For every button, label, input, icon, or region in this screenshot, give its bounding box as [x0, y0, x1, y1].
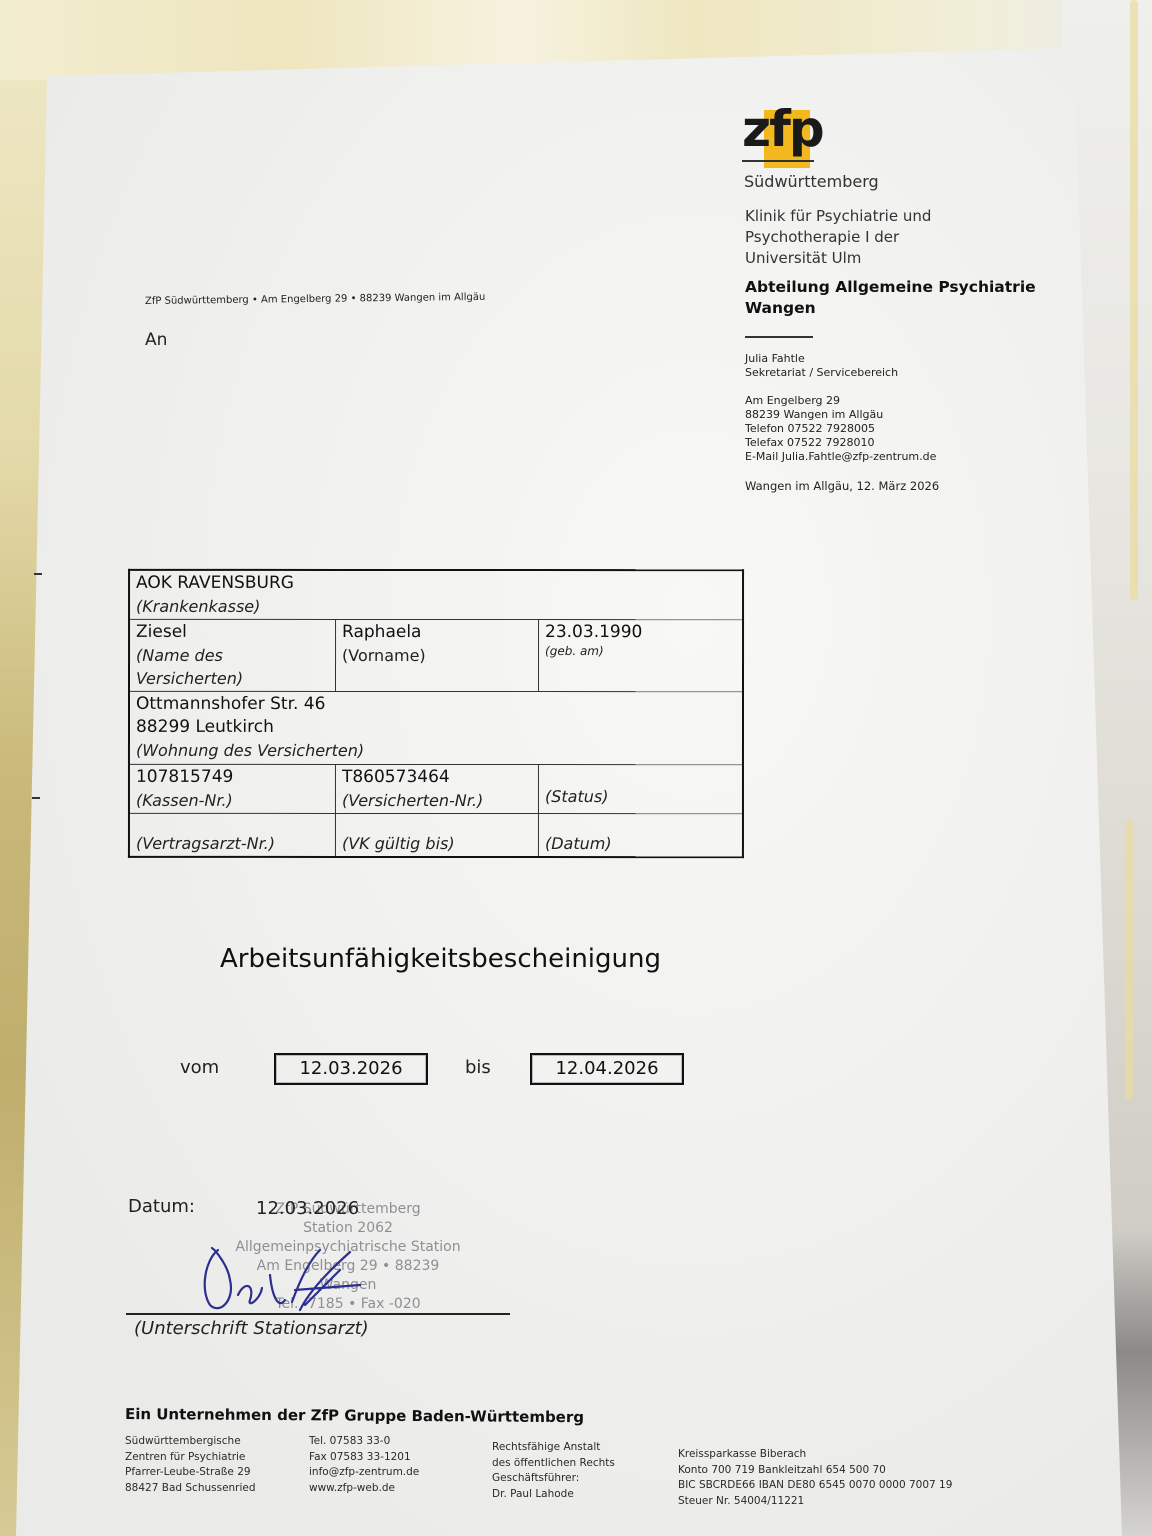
- first-name-cell: Raphaela (Vorname): [336, 619, 539, 691]
- handwritten-signature: [200, 1240, 380, 1320]
- contact-role: Sekretariat / Servicebereich: [745, 366, 936, 380]
- to-label: bis: [465, 1057, 491, 1078]
- clinic-line: Universität Ulm: [745, 248, 931, 269]
- date-label: Datum:: [128, 1196, 195, 1217]
- from-date-box: 12.03.2026: [274, 1053, 428, 1085]
- contact-phone: Telefon 07522 7928005: [745, 422, 936, 436]
- fold-mark: [32, 797, 40, 799]
- footer-line: BIC SBCRDE66 IBAN DE80 6545 0070 0000 70…: [678, 1478, 952, 1494]
- doctor-number-cell: (Vertragsarzt-Nr.): [129, 813, 336, 857]
- fold-mark: [34, 573, 42, 575]
- brand-subtitle: Südwürttemberg: [744, 172, 879, 191]
- date-label: (Datum): [545, 832, 736, 855]
- doctor-number-label: (Vertragsarzt-Nr.): [136, 832, 329, 855]
- footer-line: Rechtsfähige Anstalt: [492, 1440, 615, 1456]
- department-line: Wangen: [745, 298, 1036, 319]
- footer-line: Fax 07583 33-1201: [309, 1450, 419, 1466]
- contact-name: Julia Fahtle: [745, 352, 936, 366]
- footer-line: Konto 700 719 Bankleitzahl 654 500 70: [678, 1463, 952, 1479]
- place-date: Wangen im Allgäu, 12. März 2026: [745, 479, 939, 493]
- footer-line: www.zfp-web.de: [309, 1481, 419, 1497]
- birth-date-cell: 23.03.1990 (geb. am): [539, 620, 744, 692]
- birth-date-label: (geb. am): [545, 644, 736, 658]
- contact-city: 88239 Wangen im Allgäu: [745, 408, 936, 422]
- insured-number-value: T860573464: [342, 766, 532, 789]
- footer-line: Steuer Nr. 54004/11221: [678, 1494, 952, 1510]
- address-label: (Wohnung des Versicherten): [136, 739, 736, 762]
- footer-legal: Rechtsfähige Anstalt des öffentlichen Re…: [492, 1440, 615, 1502]
- footer-line: Zentren für Psychiatrie: [125, 1450, 256, 1466]
- footer-line: des öffentlichen Rechts: [492, 1456, 615, 1472]
- department-name: Abteilung Allgemeine Psychiatrie Wangen: [745, 277, 1036, 319]
- footer-line: info@zfp-zentrum.de: [309, 1465, 419, 1481]
- contact-block: Julia Fahtle Sekretariat / Servicebereic…: [745, 352, 936, 464]
- logo-underline: [742, 160, 814, 162]
- date-value: 12.03.2026: [256, 1198, 359, 1219]
- insurance-form: AOK RAVENSBURG (Krankenkasse) Ziesel (Na…: [128, 569, 744, 858]
- surname-value: Ziesel: [136, 621, 329, 644]
- footer-address: Südwürttembergische Zentren für Psychiat…: [125, 1434, 256, 1496]
- date-cell: (Datum): [538, 814, 743, 858]
- insurer-cell: AOK RAVENSBURG (Krankenkasse): [129, 570, 743, 620]
- surname-label: (Name des Versicherten): [136, 644, 329, 690]
- card-valid-cell: (VK gültig bis): [335, 813, 538, 857]
- footer-bank: Kreissparkasse Biberach Konto 700 719 Ba…: [678, 1447, 952, 1509]
- logo-text: zfp: [742, 100, 823, 158]
- footer-line: Tel. 07583 33-0: [309, 1434, 419, 1450]
- first-name-value: Raphaela: [342, 621, 532, 644]
- address-line1: Ottmannshofer Str. 46: [136, 693, 736, 716]
- surname-cell: Ziesel (Name des Versicherten): [129, 619, 336, 691]
- background-stripe: [1125, 820, 1133, 1100]
- status-label: (Status): [545, 785, 736, 808]
- footer-line: Südwürttembergische: [125, 1434, 256, 1450]
- stamp-line: Station 2062: [228, 1219, 468, 1238]
- contact-email: E-Mail Julia.Fahtle@zfp-zentrum.de: [745, 450, 936, 464]
- footer-line: Kreissparkasse Biberach: [678, 1447, 952, 1463]
- signature-line: [126, 1313, 510, 1315]
- footer-line: 88427 Bad Schussenried: [125, 1481, 256, 1497]
- insurer-number-value: 107815749: [136, 766, 329, 789]
- signature-label: (Unterschrift Stationsarzt): [134, 1318, 369, 1339]
- card-valid-label: (VK gültig bis): [342, 832, 532, 855]
- department-line: Abteilung Allgemeine Psychiatrie: [745, 277, 1036, 298]
- clinic-name: Klinik für Psychiatrie und Psychotherapi…: [745, 206, 931, 269]
- address-cell: Ottmannshofer Str. 46 88299 Leutkirch (W…: [129, 691, 743, 764]
- first-name-label: (Vorname): [342, 644, 532, 667]
- footer-heading: Ein Unternehmen der ZfP Gruppe Baden-Wür…: [125, 1405, 584, 1426]
- divider: [745, 336, 813, 338]
- document-title: Arbeitsunfähigkeitsbescheinigung: [220, 944, 661, 974]
- from-label: vom: [180, 1057, 219, 1078]
- birth-date-value: 23.03.1990: [545, 621, 736, 644]
- insurer-label: (Krankenkasse): [136, 595, 736, 618]
- insurer-value: AOK RAVENSBURG: [136, 572, 736, 595]
- to-date-box: 12.04.2026: [530, 1053, 684, 1085]
- clinic-line: Klinik für Psychiatrie und: [745, 206, 931, 227]
- contact-street: Am Engelberg 29: [745, 394, 936, 408]
- recipient-label: An: [145, 330, 167, 350]
- zfp-logo: zfp: [742, 106, 816, 168]
- clinic-line: Psychotherapie I der: [745, 227, 931, 248]
- footer-line: Geschäftsführer:: [492, 1471, 615, 1487]
- footer-line: Dr. Paul Lahode: [492, 1487, 615, 1503]
- contact-fax: Telefax 07522 7928010: [745, 436, 936, 450]
- footer-contact: Tel. 07583 33-0 Fax 07583 33-1201 info@z…: [309, 1434, 419, 1496]
- address-line2: 88299 Leutkirch: [136, 716, 736, 739]
- insurer-number-label: (Kassen-Nr.): [136, 789, 329, 812]
- insured-number-label: (Versicherten-Nr.): [342, 789, 532, 812]
- footer-line: Pfarrer-Leube-Straße 29: [125, 1465, 256, 1481]
- background-stripe: [1130, 0, 1138, 600]
- insurer-number-cell: 107815749 (Kassen-Nr.): [129, 764, 336, 813]
- insured-number-cell: T860573464 (Versicherten-Nr.): [335, 764, 538, 813]
- status-cell: (Status): [538, 765, 743, 814]
